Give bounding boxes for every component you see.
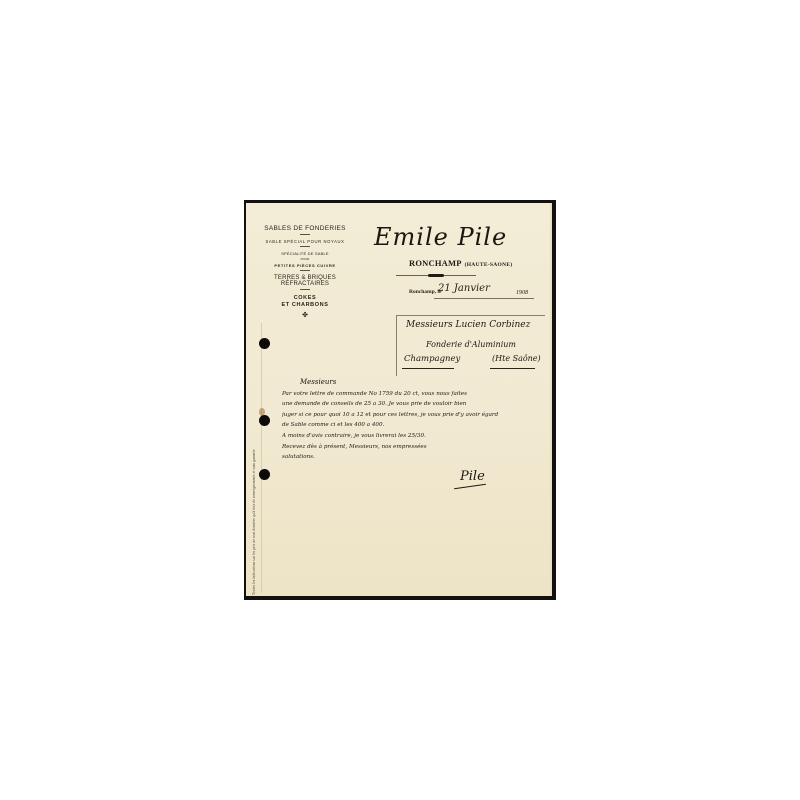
services-line: SABLES DE FONDERIES — [250, 225, 360, 232]
company-location: RONCHAMP(HAUTE-SAONE) — [409, 258, 513, 268]
punch-hole — [259, 338, 270, 349]
date-rule — [434, 298, 534, 299]
margin-rule — [261, 323, 262, 593]
recipient-town: Champagney — [404, 354, 460, 364]
services-line: POUR — [250, 257, 360, 261]
services-line: SPÉCIALITÉ DE SABLE — [250, 251, 360, 256]
divider — [300, 289, 310, 290]
letterhead-services: SABLES DE FONDERIES SABLE SPÉCIAL POUR N… — [250, 225, 360, 319]
punch-hole — [259, 415, 270, 426]
body-line: Par votre lettre de commande No 1759 du … — [282, 389, 547, 400]
divider — [300, 270, 310, 271]
company-name: Emile Pile — [374, 223, 507, 251]
monogram-icon: ✤ — [250, 311, 360, 319]
divider — [300, 246, 310, 247]
services-line: SABLE SPÉCIAL POUR NOYAUX — [250, 239, 360, 244]
letter-document: Toutes les indications sur les prix ne s… — [246, 203, 552, 596]
body-line: juger si ce pour quoi 10 a 12 et pour ce… — [282, 410, 547, 421]
services-line: TERRES & BRIQUES RÉFRACTAIRES — [250, 275, 360, 287]
body-line: Recevez dès à présent, Messieurs, nos em… — [282, 442, 547, 453]
date-prefix: Ronchamp, le — [409, 289, 441, 295]
signature-flourish — [454, 484, 486, 489]
punch-hole — [259, 469, 270, 480]
services-line: PETITES PIÈCES CUIVRE — [250, 263, 360, 268]
body-line: salutations. — [282, 452, 547, 463]
body-line: de Sable comme ci et les 400 a 400. — [282, 420, 547, 431]
divider — [300, 234, 310, 235]
recipient-department: (Hte Saône) — [492, 354, 541, 363]
recipient-name: Messieurs Lucien Corbinez — [406, 320, 530, 330]
recipient-business: Fonderie d'Aluminium — [426, 340, 516, 349]
body-line: une demande de conseils de 25 a 30. Je v… — [282, 399, 547, 410]
margin-note: Toutes les indications sur les prix ne s… — [252, 365, 256, 595]
year: 1908 — [516, 290, 528, 296]
ornament-divider — [396, 275, 476, 276]
region: (HAUTE-SAONE) — [465, 262, 513, 268]
handwritten-date: 21 Janvier — [438, 283, 490, 294]
signature: Pile — [460, 469, 485, 484]
letter-body: Messieurs Par votre lettre de commande N… — [282, 377, 547, 463]
city: RONCHAMP — [409, 258, 462, 268]
services-line: COKES — [250, 295, 360, 301]
underline — [490, 368, 535, 369]
salutation: Messieurs — [300, 377, 547, 388]
body-line: A moins d'avis contraire, je vous livrer… — [282, 431, 547, 442]
underline — [402, 368, 454, 369]
services-line: ET CHARBONS — [250, 302, 360, 308]
